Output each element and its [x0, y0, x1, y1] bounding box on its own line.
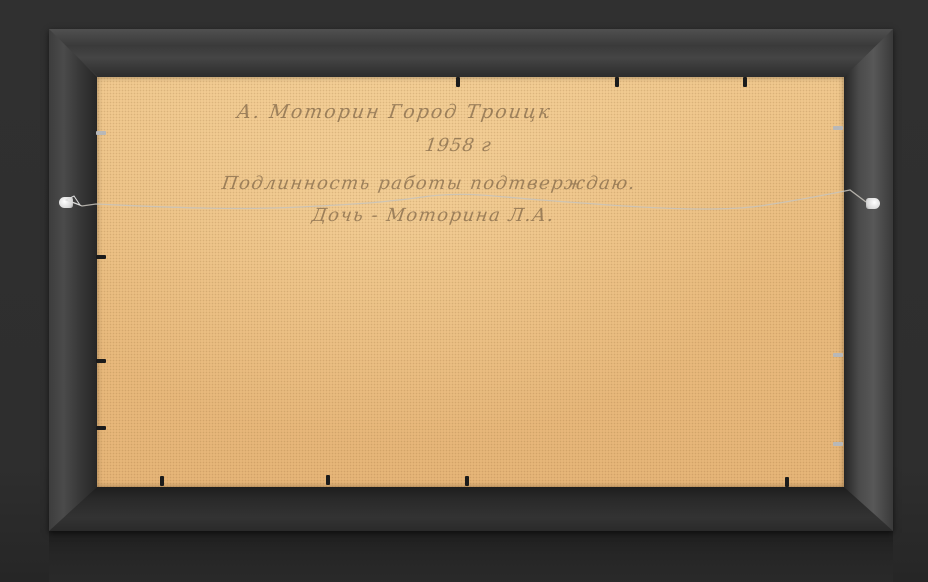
frame-clip — [615, 77, 619, 87]
signature-inscription: Дочь - Моторина Л.А. — [311, 205, 557, 226]
artist-and-title-inscription: А. Моторин Город Троицк — [235, 101, 553, 123]
left-hanger-icon — [59, 197, 73, 208]
right-hanger-icon — [866, 198, 880, 209]
frame-clip — [465, 476, 469, 486]
frame-clip — [326, 475, 330, 485]
authenticity-inscription: Подлинность работы подтверждаю. — [221, 173, 638, 194]
frame-bottom-rail — [49, 487, 893, 531]
frame-clip — [833, 353, 843, 357]
frame-clip — [160, 476, 164, 486]
frame-right-rail — [844, 29, 893, 531]
hardboard-backing: А. Моторин Город Троицк 1958 г Подлиннос… — [97, 77, 844, 487]
frame-clip — [833, 442, 843, 446]
frame-clip — [96, 426, 106, 430]
frame-clip — [785, 477, 789, 487]
frame-reflection — [49, 531, 893, 582]
frame-clip — [96, 131, 106, 135]
frame-clip — [96, 255, 106, 259]
year-inscription: 1958 г — [424, 135, 494, 156]
frame-clip — [456, 77, 460, 87]
frame-top-rail — [49, 29, 893, 77]
frame-clip — [743, 77, 747, 87]
frame-clip — [96, 359, 106, 363]
frame-left-rail — [49, 29, 97, 531]
frame-clip — [833, 126, 843, 130]
